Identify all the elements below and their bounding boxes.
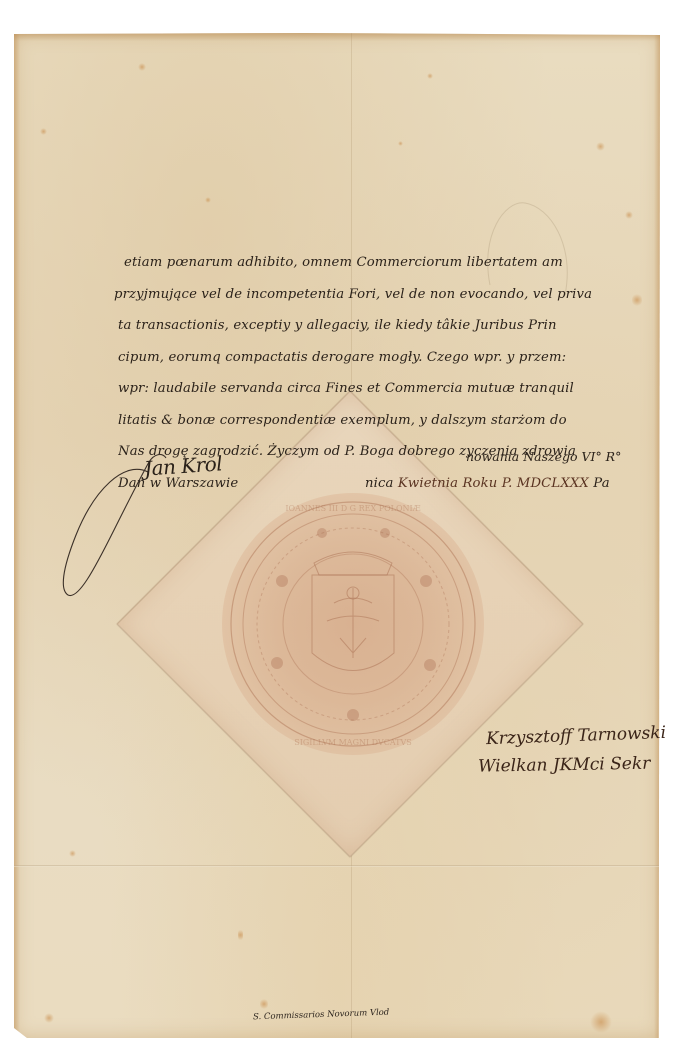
svg-text:SIGILLVM MAGNI DVCATVS: SIGILLVM MAGNI DVCATVS	[294, 738, 412, 747]
foxing-spot	[40, 128, 47, 135]
foxing-spot	[398, 141, 403, 146]
paper-edge-top	[14, 33, 660, 41]
foxing-spot	[69, 850, 76, 857]
date-month-year: Kwietnia Roku P. MDCLXXX	[398, 476, 589, 491]
seal-emblem-icon: IOANNES III D G REX POLONIÆ SIGILLVM MAG…	[222, 493, 484, 755]
body-line: wpr: laudabile servanda circa Fines et C…	[118, 373, 654, 405]
foxing-spot	[205, 197, 211, 203]
date-prefix: nica	[365, 476, 394, 491]
body-line: cipum, eorumq compactatis derogare mogły…	[118, 342, 654, 374]
chancellor-title: Wielkan JKMci Sekr	[478, 749, 667, 781]
date-suffix: Pa	[593, 476, 609, 491]
body-line: przyjmujące vel de incompetentia Fori, v…	[114, 279, 654, 311]
svg-text:IOANNES III D G REX POLONIÆ: IOANNES III D G REX POLONIÆ	[285, 504, 420, 513]
chancellor-signature: Krzysztoff Tarnowski Wielkan JKMci Sekr	[478, 722, 666, 780]
body-line: etiam pœnarum adhibito, omnem Commercior…	[124, 247, 654, 279]
body-line: ta transactionis, exceptiy y allegaciy, …	[118, 310, 654, 342]
foxing-spot	[260, 998, 268, 1010]
paper-edge-right	[654, 33, 660, 1038]
foxing-spot	[625, 211, 633, 219]
fold-crease-horizontal	[14, 865, 660, 867]
reign-year-line: nowania Naszego VI° R°	[466, 449, 621, 464]
body-line: litatis & bonæ correspondentiæ exemplum,…	[118, 405, 654, 437]
foxing-spot	[44, 1013, 54, 1023]
king-signature: Jan Krol	[54, 440, 234, 600]
paper-edge-left	[14, 33, 20, 1038]
foxing-spot	[596, 142, 605, 151]
foxing-spot	[138, 63, 146, 71]
foxing-spot	[238, 928, 243, 942]
foxing-spot	[590, 1011, 612, 1033]
foxing-spot	[427, 73, 433, 79]
